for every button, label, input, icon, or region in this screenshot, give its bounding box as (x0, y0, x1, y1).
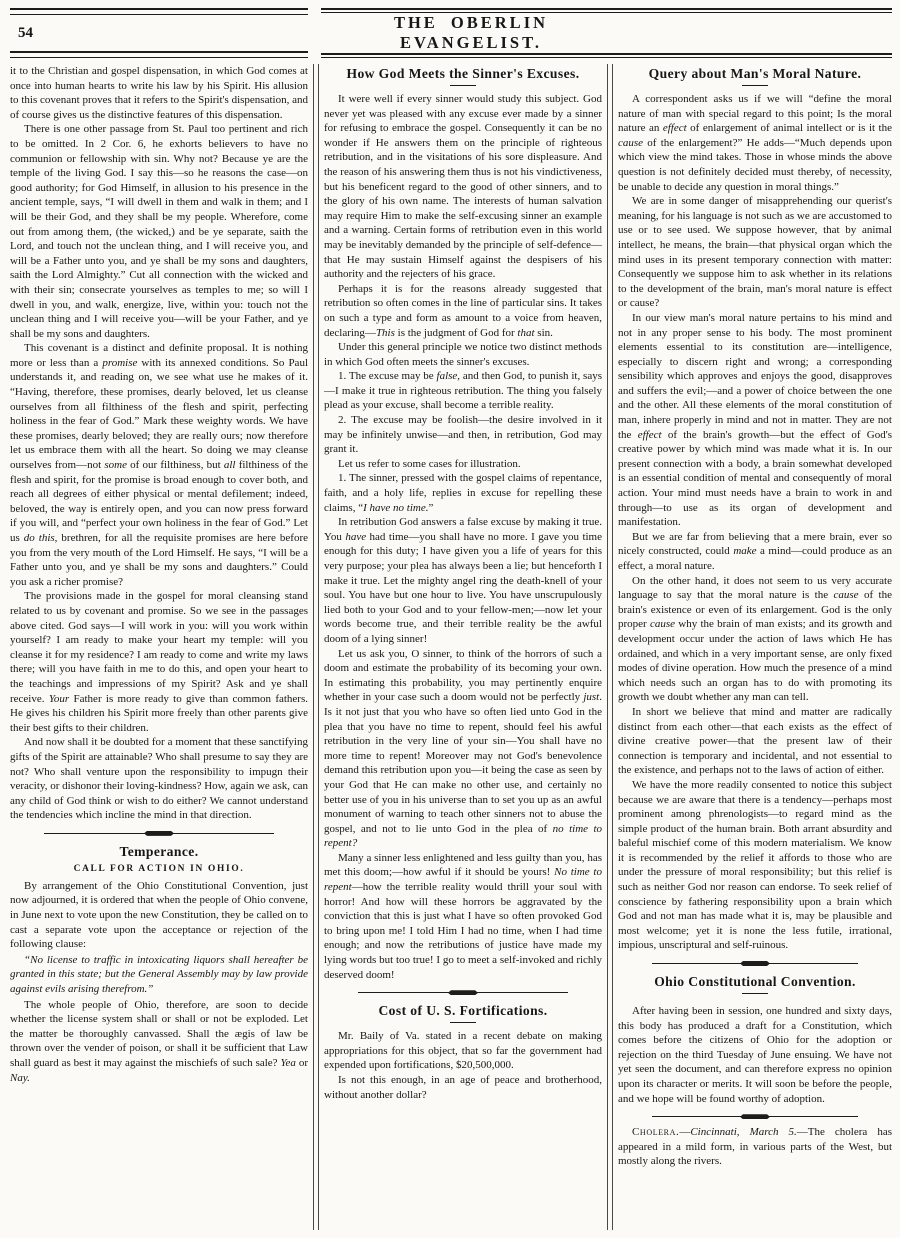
newspaper-page: 54 THE OBERLIN EVANGELIST. it to the Chr… (0, 0, 900, 1238)
column-1: it to the Christian and gospel dispensat… (10, 64, 308, 1230)
paragraph: it to the Christian and gospel dispensat… (10, 64, 308, 122)
header-rule (10, 51, 308, 58)
paragraph: This covenant is a distinct and definite… (10, 341, 308, 589)
header-rule (321, 53, 892, 58)
masthead: THE OBERLIN EVANGELIST. (321, 13, 621, 53)
cholera-item: Cholera.—Cincinnati, March 5.—The choler… (618, 1125, 892, 1169)
article-title-sinners-excuses: How God Meets the Sinner's Excuses. (324, 65, 602, 82)
paragraph: By arrangement of the Ohio Constitutiona… (10, 879, 308, 952)
paragraph: Mr. Baily of Va. stated in a recent deba… (324, 1029, 602, 1073)
paragraph: Under this general principle we notice t… (324, 340, 602, 369)
paragraph: And now shall it be doubted for a moment… (10, 735, 308, 823)
paragraph: In retribution God answers a false excus… (324, 515, 602, 646)
column-separator (313, 64, 319, 1230)
cholera-label: Cholera. (632, 1126, 679, 1138)
title-rule (742, 993, 768, 994)
divider-diamond-icon (448, 990, 478, 995)
divider-diamond-icon (144, 831, 174, 836)
page-number: 54 (10, 24, 308, 42)
article-title-moral-nature: Query about Man's Moral Nature. (618, 65, 892, 82)
paragraph: Is not this enough, in an age of peace a… (324, 1073, 602, 1102)
title-rule (450, 85, 476, 86)
columns: it to the Christian and gospel dispensat… (10, 64, 892, 1230)
paragraph: Let us ask you, O sinner, to think of th… (324, 647, 602, 851)
temperance-subtitle: CALL FOR ACTION IN OHIO. (10, 863, 308, 875)
article-title-fortifications: Cost of U. S. Fortifications. (324, 1002, 602, 1019)
paragraph: There is one other passage from St. Paul… (10, 122, 308, 341)
header-rule (10, 8, 308, 15)
divider-diamond-icon (740, 1114, 770, 1119)
article-covenant-continuation: it to the Christian and gospel dispensat… (10, 64, 308, 823)
news-item-cholera: Cholera.—Cincinnati, March 5.—The choler… (618, 1125, 892, 1169)
paragraph: 2. The excuse may be foolish—the desire … (324, 413, 602, 457)
divider-diamond-icon (740, 961, 770, 966)
article-sinners-excuses: How God Meets the Sinner's Excuses. It w… (324, 65, 602, 982)
title-rule (450, 1022, 476, 1023)
paragraph: 1. The excuse may be false, and then God… (324, 369, 602, 413)
article-fortifications: Cost of U. S. Fortifications. Mr. Baily … (324, 1002, 602, 1102)
paragraph: After having been in session, one hundre… (618, 1004, 892, 1106)
paragraph: In short we believe that mind and matter… (618, 705, 892, 778)
paragraph: In our view man's moral nature pertains … (618, 311, 892, 530)
paragraph: But we are far from believing that a mer… (618, 530, 892, 574)
paragraph: Many a sinner less enlightened and less … (324, 851, 602, 982)
paragraph: 1. The sinner, pressed with the gospel c… (324, 471, 602, 515)
article-title-convention: Ohio Constitutional Convention. (618, 973, 892, 990)
paragraph: It were well if every sinner would study… (324, 92, 602, 282)
column-3: Query about Man's Moral Nature. A corres… (618, 64, 892, 1230)
title-rule (742, 85, 768, 86)
page-header-right: THE OBERLIN EVANGELIST. (321, 8, 892, 58)
paragraph: Let us refer to some cases for illustrat… (324, 457, 602, 472)
paragraph: A correspondent asks us if we will “defi… (618, 92, 892, 194)
paragraph: On the other hand, it does not seem to u… (618, 574, 892, 705)
section-divider (652, 1112, 858, 1121)
column-separator (607, 64, 613, 1230)
column-2: How God Meets the Sinner's Excuses. It w… (324, 64, 602, 1230)
paragraph: The whole people of Ohio, therefore, are… (10, 998, 308, 1086)
page-header: 54 THE OBERLIN EVANGELIST. (10, 8, 892, 58)
article-title-temperance: Temperance. (10, 843, 308, 860)
paragraph: The provisions made in the gospel for mo… (10, 589, 308, 735)
section-divider (44, 829, 274, 838)
paragraph: Perhaps it is for the reasons already su… (324, 282, 602, 340)
article-temperance: Temperance. CALL FOR ACTION IN OHIO. By … (10, 843, 308, 1085)
page-header-left: 54 (10, 8, 308, 58)
liquor-clause-quote: “No license to traffic in intoxicating l… (10, 953, 308, 997)
section-divider (358, 988, 568, 997)
cholera-dateline: —Cincinnati, March 5.— (679, 1126, 807, 1138)
article-moral-nature: Query about Man's Moral Nature. A corres… (618, 65, 892, 953)
article-convention: Ohio Constitutional Convention. After ha… (618, 973, 892, 1106)
section-divider (652, 959, 858, 968)
paragraph: We are in some danger of misapprehending… (618, 194, 892, 311)
paragraph: We have the more readily consented to no… (618, 778, 892, 953)
